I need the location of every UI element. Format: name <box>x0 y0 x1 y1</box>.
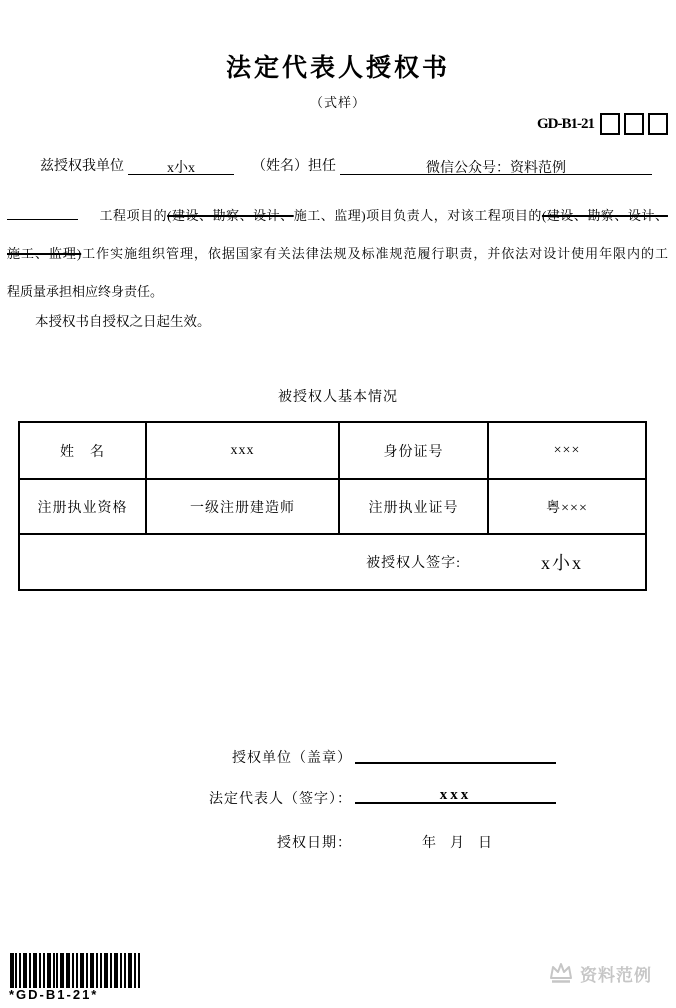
name-label-cell: 姓 名 <box>19 422 146 479</box>
id-number-value-cell: ××× <box>488 422 646 479</box>
document-page: 法定代表人授权书 （式样） GD-B1-21 兹授权我单位x小x（姓名）担任微信… <box>0 0 676 1008</box>
body-line-1: 工程项目的(建设、勘察、设计、施工、监理)项目负责人，对该工程项目的(建设、勘察… <box>7 197 668 235</box>
authorization-intro-line: 兹授权我单位x小x（姓名）担任微信公众号：资料范例 <box>40 155 670 175</box>
code-box <box>600 113 620 135</box>
struck-text: (建设、勘察、设计、 <box>167 208 294 223</box>
code-box <box>624 113 644 135</box>
form-code-row: GD-B1-21 <box>537 113 668 135</box>
license-number-value-cell: 粤××× <box>488 479 646 534</box>
qualification-label-cell: 注册执业资格 <box>19 479 146 534</box>
watermark-text: 资料范例 <box>580 961 652 986</box>
code-box <box>648 113 668 135</box>
page-title: 法定代表人授权书 <box>0 48 676 84</box>
authorized-person-table: 姓 名 xxx 身份证号 ××× 注册执业资格 一级注册建造师 注册执业证号 粤… <box>18 421 647 591</box>
table-caption: 被授权人基本情况 <box>0 386 676 406</box>
body-text: 工程项目的 <box>99 208 167 223</box>
qualification-value-cell: 一级注册建造师 <box>146 479 339 534</box>
body-line-3: 程质量承担相应终身责任。 <box>7 273 668 311</box>
signature-cell: 被授权人签字: x小x <box>19 534 646 590</box>
table-row: 姓 名 xxx 身份证号 ××× <box>19 422 646 479</box>
crown-icon <box>548 960 574 986</box>
license-number-label-cell: 注册执业证号 <box>339 479 488 534</box>
page-subtitle: （式样） <box>0 92 676 111</box>
struck-text: (建设、勘察、设计、 <box>542 208 668 223</box>
authorization-date-value: 年 月 日 <box>422 832 492 852</box>
barcode <box>10 953 140 988</box>
intro-middle-label: （姓名）担任 <box>252 159 336 174</box>
authorization-date-label: 授权日期： <box>277 832 352 852</box>
form-code: GD-B1-21 <box>537 116 594 133</box>
authorizing-unit-label: 授权单位（盖章） <box>232 747 352 767</box>
intro-prefix-label: 兹授权我单位 <box>40 159 124 174</box>
body-text: 工作实施组织管理，依据国家有关法律法规及标准规范履行职责，并依法对设计使用年限内… <box>81 246 668 261</box>
name-value-cell: xxx <box>146 422 339 479</box>
position-field: 微信公众号：资料范例 <box>340 157 652 175</box>
struck-text: 施工、监理) <box>7 246 81 261</box>
authorizing-unit-signature-line <box>355 747 556 764</box>
table-row: 注册执业资格 一级注册建造师 注册执业证号 粤××× <box>19 479 646 534</box>
body-line-2: 施工、监理)工作实施组织管理，依据国家有关法律法规及标准规范履行职责，并依法对设… <box>7 235 668 273</box>
signature-label: 被授权人签字: <box>366 552 461 572</box>
barcode-label: *GD-B1-21* <box>9 987 98 1002</box>
id-number-label-cell: 身份证号 <box>339 422 488 479</box>
signature-row: 被授权人签字: x小x <box>19 534 646 590</box>
unit-name-field: x小x <box>128 157 234 175</box>
body-paragraph: 工程项目的(建设、勘察、设计、施工、监理)项目负责人，对该工程项目的(建设、勘察… <box>7 197 668 311</box>
body-text: 施工、监理)项目负责人，对该工程项目的 <box>294 208 542 223</box>
effective-date-note: 本授权书自授权之日起生效。 <box>8 310 211 330</box>
legal-representative-signature-line: xxx <box>355 787 556 804</box>
legal-representative-label: 法定代表人（签字）： <box>209 788 352 808</box>
blank-underline-field <box>7 206 78 220</box>
signature-value: x小x <box>541 549 583 575</box>
watermark-logo: 资料范例 <box>548 960 652 986</box>
